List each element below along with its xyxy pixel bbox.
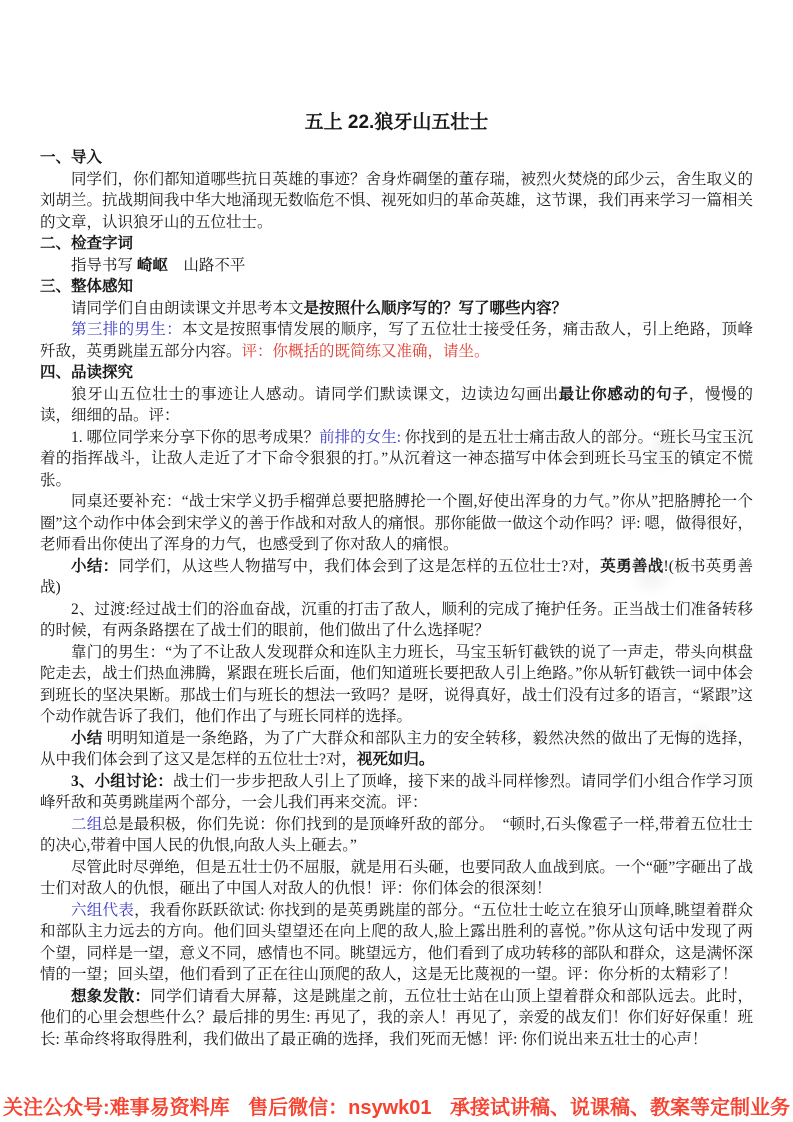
text-run-comment: 评：你概括的既简练又准确，请坐。 — [242, 343, 490, 360]
para-erzu: 二组总是最积极，你们先说：你们找到的是顶峰歼敌的部分。 “顿时,石头像雹子一样,… — [40, 814, 753, 857]
document-body: 一、导入同学们，你们都知道哪些抗日英雄的事迹？舍身炸碉堡的董存瑞，被烈火焚烧的邱… — [40, 147, 753, 1050]
text-run-bold: 小结： — [71, 558, 118, 575]
document-page: 五上 22.狼牙山五壮士 一、导入同学们，你们都知道哪些抗日英雄的事迹？舍身炸碉… — [0, 0, 793, 1122]
footer-segment-services: 承接试讲稿、说课稿、教案等定制业务 — [450, 1096, 790, 1121]
para-xiaojie-2: 小结 明明知道是一条绝路，为了广大群众和部队主力的安全转移，毅然决然的做出了无悔… — [40, 728, 753, 771]
text-run-speaker: 前排的女生: — [319, 429, 401, 446]
text-run-bold: 崎岖 — [137, 257, 168, 274]
text-run: 请同学们自由朗读课文并思考本文 — [71, 300, 304, 317]
para-tongzhuo-buchong: 同桌还要补充：“战士宋学义扔手榴弹总要把胳膊抡一个圈,好使出浑身的力气。”你从”… — [40, 491, 753, 556]
para-langdu-siwen: 请同学们自由朗读课文并思考本文是按照什么顺序写的？写了哪些内容？ — [40, 298, 753, 320]
para-intro: 同学们，你们都知道哪些抗日英雄的事迹？舍身炸碉堡的董存瑞，被烈火焚烧的邱少云，舍… — [40, 169, 753, 234]
text-run: 靠门的男生：“为了不让敌人发现群众和连队主力班长，马宝玉斩钉截铁的说了一声走，带… — [40, 644, 753, 726]
text-run-speaker: 第三排的男生： — [71, 321, 182, 338]
text-run: 三、整体感知 — [40, 278, 133, 295]
para-guodu: 2、过渡:经过战士们的浴血奋战，沉重的打击了敌人，顺利的完成了掩护任务。正当战士… — [40, 599, 753, 642]
text-run-bold: 英勇善战 — [600, 558, 663, 575]
text-run: 山路不平 — [168, 257, 246, 274]
text-run: 同桌还要补充：“战士宋学义扔手榴弹总要把胳膊抡一个圈,好使出浑身的力气。”你从”… — [40, 493, 753, 553]
heading-3-zhengti-ganzhi: 三、整体感知 — [40, 276, 753, 298]
text-run-bold: 小结 — [71, 730, 103, 747]
text-run: 指导书写 — [71, 257, 137, 274]
para-jinguan: 尽管此时尽弹绝，但是五壮士仍不屈服，就是用石头砸，也要同敌人血战到底。一个“砸”… — [40, 857, 753, 900]
para-zhidao-shuxie: 指导书写 崎岖 山路不平 — [40, 255, 753, 277]
para-xiaozu-taolun: 3、小组讨论：战士们一步步把敌人引上了顶峰，接下来的战斗同样惨烈。请同学们小组合… — [40, 771, 753, 814]
heading-4-pindu-tanjiu: 四、品读探究 — [40, 362, 753, 384]
heading-2-jiancha-zici: 二、检查字词 — [40, 233, 753, 255]
text-run: 同学们，从这些人物描写中，我们体会到了这是怎样的五位壮士?对， — [118, 558, 600, 575]
text-run: 一、导入 — [40, 149, 102, 166]
text-run: 2、过渡:经过战士们的浴血奋战，沉重的打击了敌人，顺利的完成了掩护任务。正当战士… — [40, 601, 753, 640]
text-run: 总是最积极，你们先说：你们找到的是顶峰歼敌的部分。 “顿时,石头像雹子一样,带着… — [40, 816, 753, 855]
text-run-bold: 是按照什么顺序写的？写了哪些内容？ — [304, 300, 568, 317]
text-run-bold: 最让你感动的句子 — [559, 386, 689, 403]
footer-segment-public-account: 关注公众号:难事易资料库 — [3, 1096, 230, 1121]
text-run: 1. 哪位同学来分享下你的思考成果？ — [71, 429, 319, 446]
footer-segment-wechat: 售后微信：nsywk01 — [248, 1096, 431, 1121]
para-disanpai-answer: 第三排的男生：本文是按照事情发展的顺序，写了五位壮士接受任务，痛击敌人，引上绝路… — [40, 319, 753, 362]
text-run-bold: 视死如归。 — [357, 751, 435, 768]
text-run: 四、品读探究 — [40, 364, 133, 381]
text-run-bold: 想象发散： — [71, 988, 150, 1005]
document-title: 五上 22.狼牙山五壮士 — [40, 110, 753, 135]
heading-1-daoru: 一、导入 — [40, 147, 753, 169]
text-run-speaker: 二组 — [71, 816, 102, 833]
para-xiangxiang-fasan: 想象发散：同学们请看大屏幕，这是跳崖之前，五位壮士站在山顶上望着群众和部队远去。… — [40, 986, 753, 1051]
para-share-1: 1. 哪位同学来分享下你的思考成果？前排的女生: 你找到的是五壮士痛击敌人的部分… — [40, 427, 753, 492]
para-modu-kewen: 狼牙山五位壮士的事迹让人感动。请同学们默读课文，边读边勾画出最让你感动的句子，慢… — [40, 384, 753, 427]
text-run: 狼牙山五位壮士的事迹让人感动。请同学们默读课文，边读边勾画出 — [71, 386, 559, 403]
para-kaomen-nansheng: 靠门的男生：“为了不让敌人发现群众和连队主力班长，马宝玉斩钉截铁的说了一声走，带… — [40, 642, 753, 728]
para-xiaojie-1: 小结：同学们，从这些人物描写中，我们体会到了这是怎样的五位壮士?对，英勇善战!(… — [40, 556, 753, 599]
text-run-bold: 3、小组讨论： — [71, 773, 173, 790]
text-run: 二、检查字词 — [40, 235, 133, 252]
text-run: 尽管此时尽弹绝，但是五壮士仍不屈服，就是用石头砸，也要同敌人血战到底。一个“砸”… — [40, 859, 753, 898]
text-run: 同学们，你们都知道哪些抗日英雄的事迹？舍身炸碉堡的董存瑞，被烈火焚烧的邱少云，舍… — [40, 171, 753, 231]
document-content: 五上 22.狼牙山五壮士 一、导入同学们，你们都知道哪些抗日英雄的事迹？舍身炸碉… — [40, 110, 753, 1050]
para-liuzu-daibiao: 六组代表，我看你跃跃欲试: 你找到的是英勇跳崖的部分。“五位壮士屹立在狼牙山顶峰… — [40, 900, 753, 986]
footer-banner: 关注公众号:难事易资料库 售后微信：nsywk01 承接试讲稿、说课稿、教案等定… — [3, 1096, 790, 1121]
text-run: ，我看你跃跃欲试: 你找到的是英勇跳崖的部分。“五位壮士屹立在狼牙山顶峰,眺望着… — [40, 902, 753, 984]
text-run-speaker: 六组代表 — [71, 902, 134, 919]
